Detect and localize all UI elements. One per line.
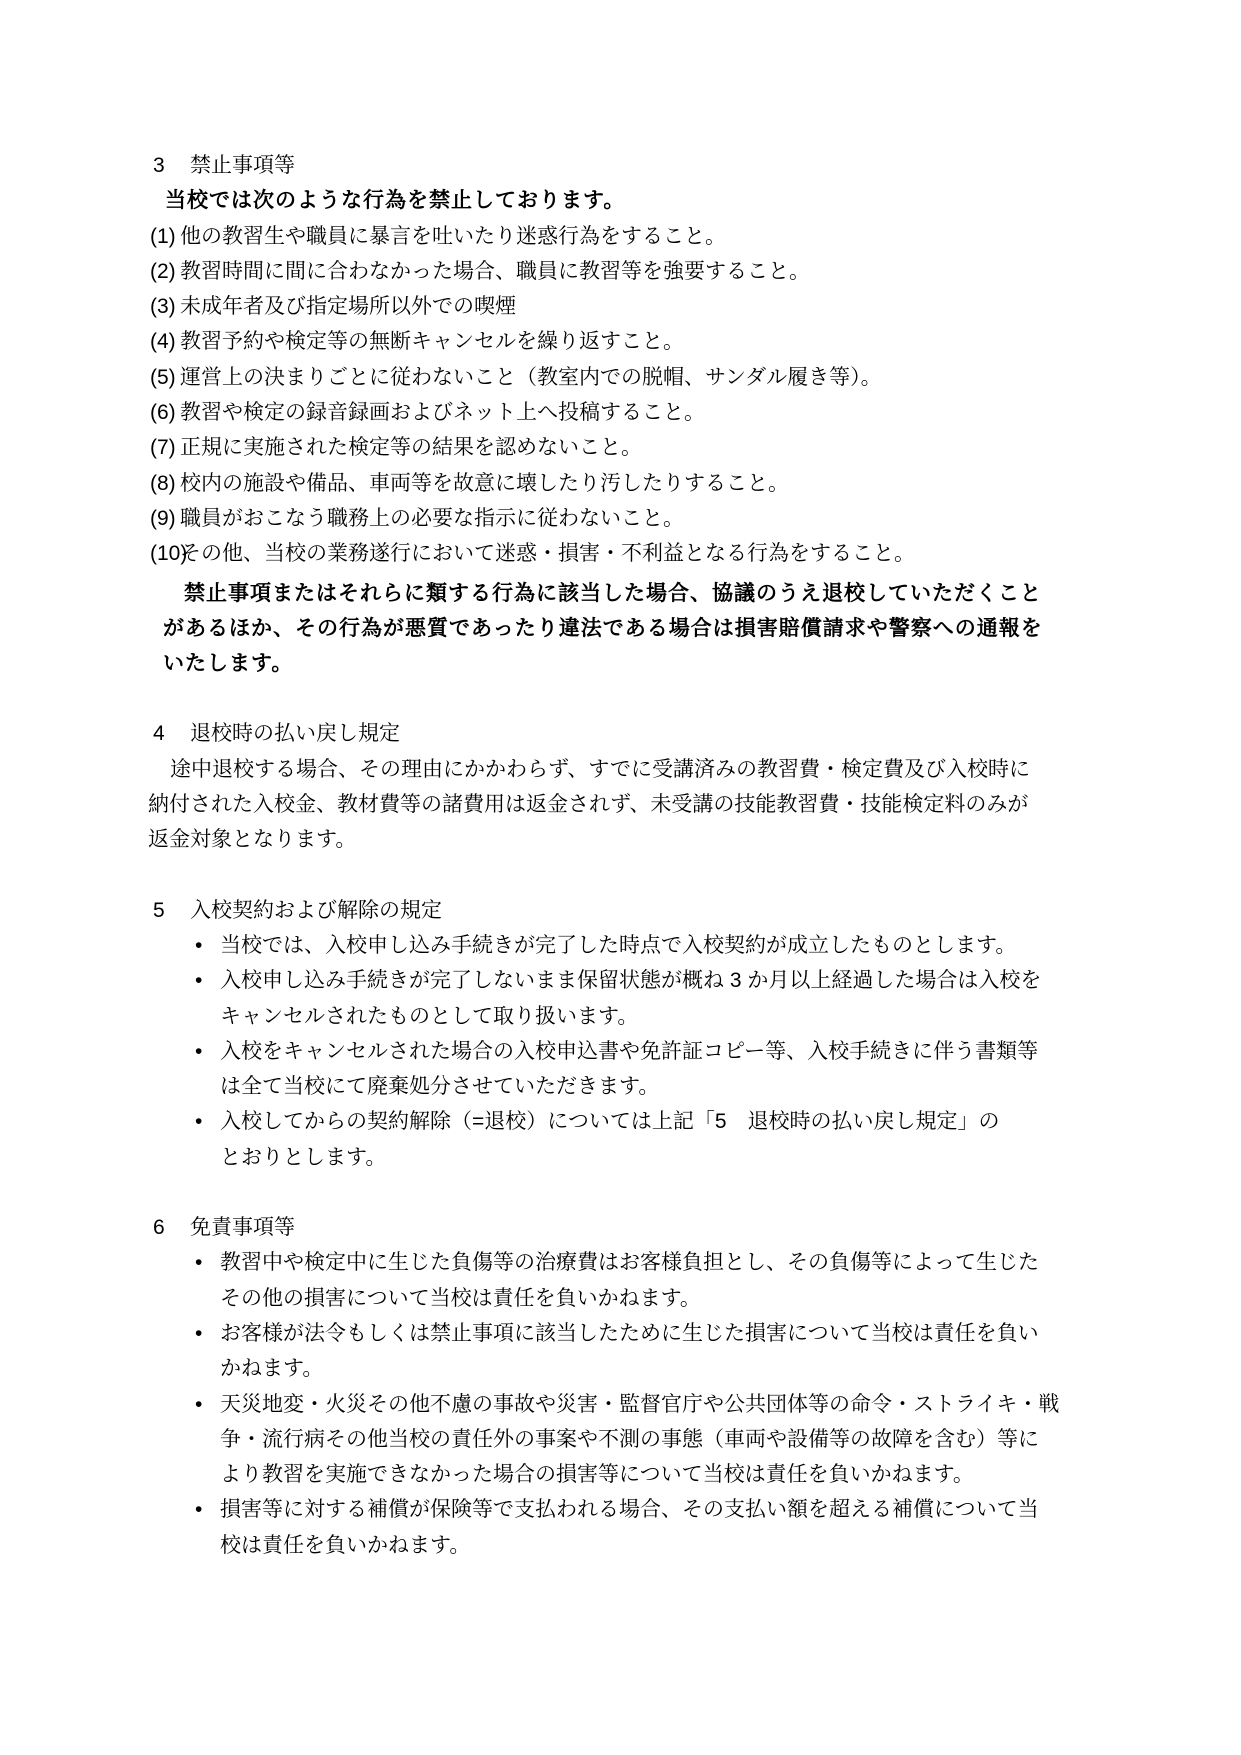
list-item: (4) 教習予約や検定等の無断キャンセルを繰り返すこと。 xyxy=(137,324,1141,359)
list-item: (5) 運営上の決まりごとに従わないこと（教室内での脱帽、サンダル履き等）。 xyxy=(137,360,1141,395)
item-text: 他の教習生や職員に暴言を吐いたり迷惑行為をすること。 xyxy=(180,219,726,254)
item-text: 校内の施設や備品、車両等を故意に壊したり汚したりすること。 xyxy=(180,466,789,501)
section-title: 禁止事項等 xyxy=(190,154,295,177)
item-number: (8) xyxy=(150,466,180,501)
document-page: 3禁止事項等 当校では次のような行為を禁止しております。 (1) 他の教習生や職… xyxy=(0,0,1241,1755)
list-item: (1) 他の教習生や職員に暴言を吐いたり迷惑行為をすること。 xyxy=(137,219,1141,254)
bullet-icon: • xyxy=(195,963,220,1034)
section-heading: 5入校契約および解除の規定 xyxy=(137,893,1141,928)
bullet-text: お客様が法令もしくは禁止事項に該当したために生じた損害について当校は責任を負い … xyxy=(220,1316,1125,1387)
section-title: 免責事項等 xyxy=(190,1216,295,1239)
bullet-item: • 入校してからの契約解除（=退校）については上記「5 退校時の払い戻し規定」の… xyxy=(137,1104,1141,1175)
section-title: 退校時の払い戻し規定 xyxy=(190,722,400,745)
bullet-icon: • xyxy=(195,1034,220,1105)
bullet-item: • 天災地変・火災その他不慮の事故や災害・監督官庁や公共団体等の命令・ストライキ… xyxy=(137,1387,1141,1493)
item-number: (4) xyxy=(150,324,180,359)
bullet-text: 入校してからの契約解除（=退校）については上記「5 退校時の払い戻し規定」の と… xyxy=(220,1104,1125,1175)
list-item: (7) 正規に実施された検定等の結果を認めないこと。 xyxy=(137,430,1141,465)
item-text: 職員がおこなう職務上の必要な指示に従わないこと。 xyxy=(180,501,684,536)
item-text: 運営上の決まりごとに従わないこと（教室内での脱帽、サンダル履き等）。 xyxy=(180,360,882,395)
bullet-icon: • xyxy=(195,1492,220,1563)
item-number: (1) xyxy=(150,219,180,254)
item-text: 教習時間に間に合わなかった場合、職員に教習等を強要すること。 xyxy=(180,254,810,289)
item-text: 未成年者及び指定場所以外での喫煙 xyxy=(180,289,516,324)
section-heading: 4退校時の払い戻し規定 xyxy=(137,716,1141,751)
item-text: その他、当校の業務遂行において迷惑・損害・不利益となる行為をすること。 xyxy=(180,536,915,571)
list-item: (2) 教習時間に間に合わなかった場合、職員に教習等を強要すること。 xyxy=(137,254,1141,289)
bullet-text: 当校では、入校申し込み手続きが完了した時点で入校契約が成立したものとします。 xyxy=(220,928,1125,963)
section-heading: 6免責事項等 xyxy=(137,1210,1141,1245)
item-number: (5) xyxy=(150,360,180,395)
bullet-icon: • xyxy=(195,928,220,963)
bullet-item: • 損害等に対する補償が保険等で支払われる場合、その支払い額を超える補償について… xyxy=(137,1492,1141,1563)
bullet-icon: • xyxy=(195,1316,220,1387)
prohibited-intro-bold: 当校では次のような行為を禁止しております。 xyxy=(165,183,1141,218)
item-number: (3) xyxy=(150,289,180,324)
bullet-item: • 教習中や検定中に生じた負傷等の治療費はお客様負担とし、その負傷等によって生じ… xyxy=(137,1245,1141,1316)
bullet-text: 入校をキャンセルされた場合の入校申込書や免許証コピー等、入校手続きに伴う書類等 … xyxy=(220,1034,1125,1105)
refund-body: 途中退校する場合、その理由にかかわらず、すでに受講済みの教習費・検定費及び入校時… xyxy=(148,752,1033,858)
bullet-text: 天災地変・火災その他不慮の事故や災害・監督官庁や公共団体等の命令・ストライキ・戦… xyxy=(220,1387,1125,1493)
item-number: (9) xyxy=(150,501,180,536)
bullet-item: • 当校では、入校申し込み手続きが完了した時点で入校契約が成立したものとします。 xyxy=(137,928,1141,963)
section-number: 4 xyxy=(153,716,190,751)
section-heading: 3禁止事項等 xyxy=(137,148,1141,183)
bullet-item: • 入校申し込み手続きが完了しないまま保留状態が概ね 3 か月以上経過した場合は… xyxy=(137,963,1141,1034)
list-item: (10) その他、当校の業務遂行において迷惑・損害・不利益となる行為をすること。 xyxy=(137,536,1141,571)
item-number: (7) xyxy=(150,430,180,465)
item-text: 教習予約や検定等の無断キャンセルを繰り返すこと。 xyxy=(180,324,684,359)
section-contract: 5入校契約および解除の規定 • 当校では、入校申し込み手続きが完了した時点で入校… xyxy=(137,893,1141,1175)
list-item: (8) 校内の施設や備品、車両等を故意に壊したり汚したりすること。 xyxy=(137,466,1141,501)
section-number: 3 xyxy=(153,148,190,183)
section-number: 6 xyxy=(153,1210,190,1245)
bullet-text: 入校申し込み手続きが完了しないまま保留状態が概ね 3 か月以上経過した場合は入校… xyxy=(220,963,1125,1034)
section-refund: 4退校時の払い戻し規定 途中退校する場合、その理由にかかわらず、すでに受講済みの… xyxy=(137,716,1141,857)
prohibited-warning-bold: 禁止事項またはそれらに類する行為に該当した場合、協議のうえ退校していただくこと … xyxy=(163,576,1125,682)
bullet-icon: • xyxy=(195,1245,220,1316)
section-title: 入校契約および解除の規定 xyxy=(190,899,442,922)
bullet-icon: • xyxy=(195,1387,220,1493)
bullet-text: 損害等に対する補償が保険等で支払われる場合、その支払い額を超える補償について当 … xyxy=(220,1492,1125,1563)
list-item: (6) 教習や検定の録音録画およびネット上へ投稿すること。 xyxy=(137,395,1141,430)
bullet-item: • 入校をキャンセルされた場合の入校申込書や免許証コピー等、入校手続きに伴う書類… xyxy=(137,1034,1141,1105)
bullet-icon: • xyxy=(195,1104,220,1175)
item-number: (10) xyxy=(150,536,180,571)
item-text: 教習や検定の録音録画およびネット上へ投稿すること。 xyxy=(180,395,705,430)
list-item: (3) 未成年者及び指定場所以外での喫煙 xyxy=(137,289,1141,324)
bullet-item: • お客様が法令もしくは禁止事項に該当したために生じた損害について当校は責任を負… xyxy=(137,1316,1141,1387)
item-number: (6) xyxy=(150,395,180,430)
bullet-text: 教習中や検定中に生じた負傷等の治療費はお客様負担とし、その負傷等によって生じた … xyxy=(220,1245,1125,1316)
section-disclaimer: 6免責事項等 • 教習中や検定中に生じた負傷等の治療費はお客様負担とし、その負傷… xyxy=(137,1210,1141,1563)
item-text: 正規に実施された検定等の結果を認めないこと。 xyxy=(180,430,642,465)
section-number: 5 xyxy=(153,893,190,928)
section-prohibited: 3禁止事項等 当校では次のような行為を禁止しております。 (1) 他の教習生や職… xyxy=(137,148,1141,681)
item-number: (2) xyxy=(150,254,180,289)
list-item: (9) 職員がおこなう職務上の必要な指示に従わないこと。 xyxy=(137,501,1141,536)
